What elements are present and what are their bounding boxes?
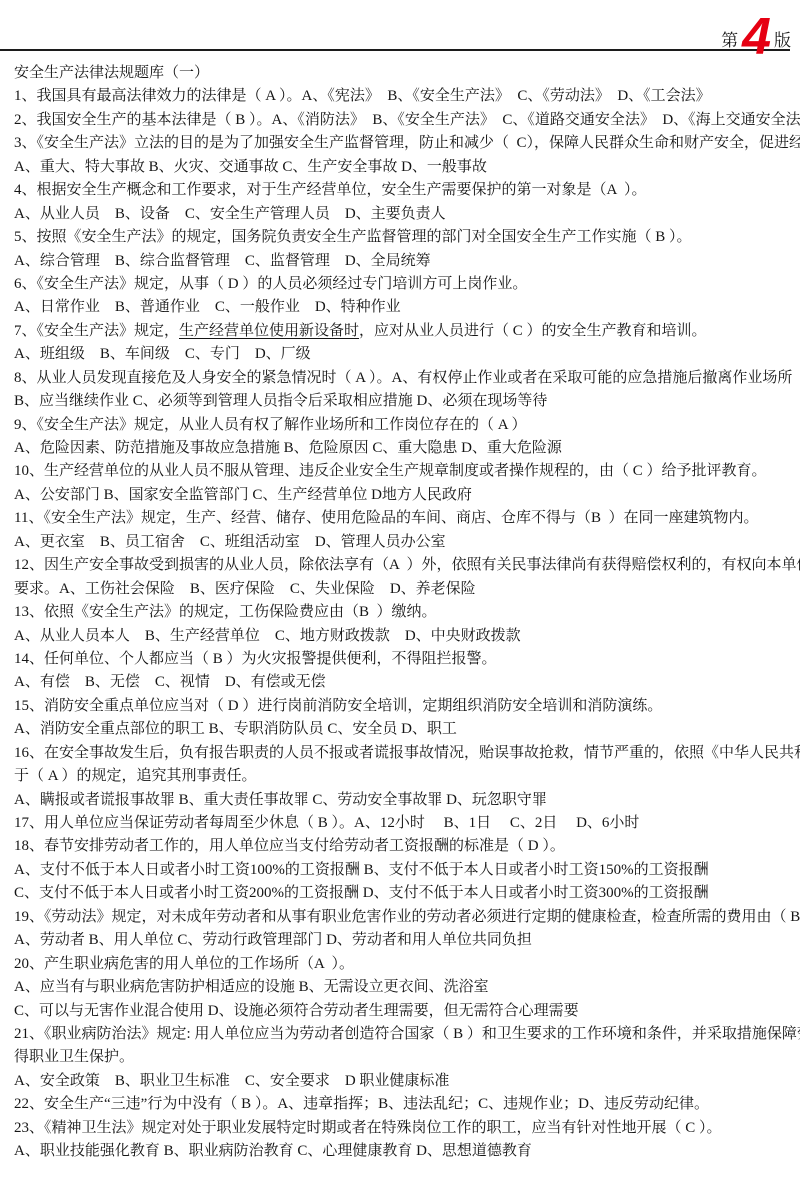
question-line-4: 4、根据安全生产概念和工作要求，对于生产经营单位，安全生产需要保护的第一对象是（… <box>14 179 800 202</box>
options-line-15: A、消防安全重点部位的职工 B、专职消防队员 C、安全员 D、职工 <box>14 718 800 741</box>
q7-post: ，应对从业人员进行（ C ）的安全生产教育和培训。 <box>359 323 707 339</box>
question-line-23: 23、《精神卫生法》规定对处于职业发展特定时期或者在特殊岗位工作的职工，应当有针… <box>14 1117 800 1140</box>
options-line-19: A、劳动者 B、用人单位 C、劳动行政管理部门 D、劳动者和用人单位共同负担 <box>14 929 800 952</box>
options-line-18-cd: C、支付不低于本人日或者小时工资200%的工资报酬 D、支付不低于本人日或者小时… <box>14 882 800 905</box>
options-line-20-ab: A、应当有与职业病危害防护相适应的设施 B、无需设立更衣间、洗浴室 <box>14 976 800 999</box>
question-line-19: 19、《劳动法》规定，对未成年劳动者和从事有职业危害作业的劳动者必须进行定期的健… <box>14 906 800 929</box>
q7-underlined-phrase: 生产经营单位使用新设备时 <box>179 323 359 339</box>
options-line-21: A、安全政策 B、职业卫生标准 C、安全要求 D 职业健康标准 <box>14 1070 800 1093</box>
options-line-6: A、日常作业 B、普通作业 C、一般作业 D、特种作业 <box>14 296 800 319</box>
options-line-23: A、职业技能强化教育 B、职业病防治教育 C、心理健康教育 D、思想道德教育 <box>14 1140 800 1163</box>
question-line-20: 20、产生职业病危害的用人单位的工作场所（A ）。 <box>14 953 800 976</box>
question-line-10: 10、生产经营单位的从业人员不服从管理、违反企业安全生产规章制度或者操作规程的，… <box>14 460 800 483</box>
options-line-20-cd: C、可以与无害作业混合使用 D、设施必须符合劳动者生理需要，但无需符合心理需要 <box>14 1000 800 1023</box>
q7-pre: 7、《安全生产法》规定， <box>14 323 179 339</box>
options-line-16: A、瞒报或者谎报事故罪 B、重大责任事故罪 C、劳动安全事故罪 D、玩忽职守罪 <box>14 789 800 812</box>
question-line-17: 17、用人单位应当保证劳动者每周至少休息（ B ）。A、12小时 B、1日 C、… <box>14 812 800 835</box>
question-line-6: 6、《安全生产法》规定，从事（ D ）的人员必须经过专门培训方可上岗作业。 <box>14 273 800 296</box>
edition-prefix: 第 <box>721 32 739 52</box>
options-line-11: A、更衣室 B、员工宿舍 C、班组活动室 D、管理人员办公室 <box>14 531 800 554</box>
question-line-7: 7、《安全生产法》规定，生产经营单位使用新设备时，应对从业人员进行（ C ）的安… <box>14 320 800 343</box>
options-line-5: A、综合管理 B、综合监督管理 C、监督管理 D、全局统筹 <box>14 250 800 273</box>
options-line-10: A、公安部门 B、国家安全监管部门 C、生产经营单位 D地方人民政府 <box>14 484 800 507</box>
options-line-9: A、危险因素、防范措施及事故应急措施 B、危险原因 C、重大隐患 D、重大危险源 <box>14 437 800 460</box>
question-line-13: 13、依照《安全生产法》的规定，工伤保险费应由（B ）缴纳。 <box>14 601 800 624</box>
options-line-7: A、班组级 B、车间级 C、专门 D、厂级 <box>14 343 800 366</box>
page: { "header": { "edition_prefix": "第", "ed… <box>0 0 800 1200</box>
question-line-5: 5、按照《安全生产法》的规定，国务院负责安全生产监督管理的部门对全国安全生产工作… <box>14 226 800 249</box>
question-line-9: 9、《安全生产法》规定，从业人员有权了解作业场所和工作岗位存在的（ A ） <box>14 414 800 437</box>
header-rule <box>0 49 790 51</box>
edition-badge: 第 4 版 <box>721 0 792 52</box>
doc-title: 安全生产法律法规题库（一） <box>14 62 800 85</box>
question-line-21-wrap: 得职业卫生保护。 <box>14 1046 800 1069</box>
options-line-3: A、重大、特大事故 B、火灾、交通事故 C、生产安全事故 D、一般事故 <box>14 156 800 179</box>
edition-number: 4 <box>742 16 771 59</box>
question-line-16: 16、在安全事故发生后，负有报告职责的人员不报或者谎报事故情况，贻误事故抢救，情… <box>14 742 800 765</box>
question-line-21: 21、《职业病防治法》规定: 用人单位应当为劳动者创造符合国家（ B ）和卫生要… <box>14 1023 800 1046</box>
options-line-18-ab: A、支付不低于本人日或者小时工资100%的工资报酬 B、支付不低于本人日或者小时… <box>14 859 800 882</box>
question-line-11: 11、《安全生产法》规定，生产、经营、储存、使用危险品的车间、商店、仓库不得与（… <box>14 507 800 530</box>
question-line-12-wrap: 要求。A、工伤社会保险 B、医疗保险 C、失业保险 D、养老保险 <box>14 578 800 601</box>
options-line-8: B、应当继续作业 C、必须等到管理人员指令后采取相应措施 D、必须在现场等待 <box>14 390 800 413</box>
question-line-22: 22、安全生产“三违”行为中没有（ B ）。A、违章指挥；B、违法乱纪；C、违规… <box>14 1093 800 1116</box>
question-line-8: 8、从业人员发现直接危及人身安全的紧急情况时（ A ）。A、有权停止作业或者在采… <box>14 367 800 390</box>
edition-suffix: 版 <box>774 32 792 52</box>
question-line-15: 15、消防安全重点单位应当对（ D ）进行岗前消防安全培训，定期组织消防安全培训… <box>14 695 800 718</box>
question-line-2: 2、我国安全生产的基本法律是（ B ）。A、《消防法》 B、《安全生产法》 C、… <box>14 109 800 132</box>
question-line-14: 14、任何单位、个人都应当（ B ）为火灾报警提供便利，不得阻拦报警。 <box>14 648 800 671</box>
question-line-18: 18、春节安排劳动者工作的，用人单位应当支付给劳动者工资报酬的标准是（ D ）。 <box>14 835 800 858</box>
options-line-14: A、有偿 B、无偿 C、视情 D、有偿或无偿 <box>14 671 800 694</box>
document-body: 安全生产法律法规题库（一） 1、我国具有最高法律效力的法律是（ A ）。A、《宪… <box>14 62 800 1164</box>
options-line-13: A、从业人员本人 B、生产经营单位 C、地方财政拨款 D、中央财政拨款 <box>14 625 800 648</box>
question-line-16-wrap: 于（ A ）的规定，追究其刑事责任。 <box>14 765 800 788</box>
question-line-1: 1、我国具有最高法律效力的法律是（ A ）。A、《宪法》 B、《安全生产法》 C… <box>14 85 800 108</box>
question-line-3: 3、《安全生产法》立法的目的是为了加强安全生产监督管理，防止和减少（ C），保障… <box>14 132 800 155</box>
options-line-4: A、从业人员 B、设备 C、安全生产管理人员 D、主要负责人 <box>14 203 800 226</box>
question-line-12: 12、因生产安全事故受到损害的从业人员，除依法享有（A ）外，依照有关民事法律尚… <box>14 554 800 577</box>
